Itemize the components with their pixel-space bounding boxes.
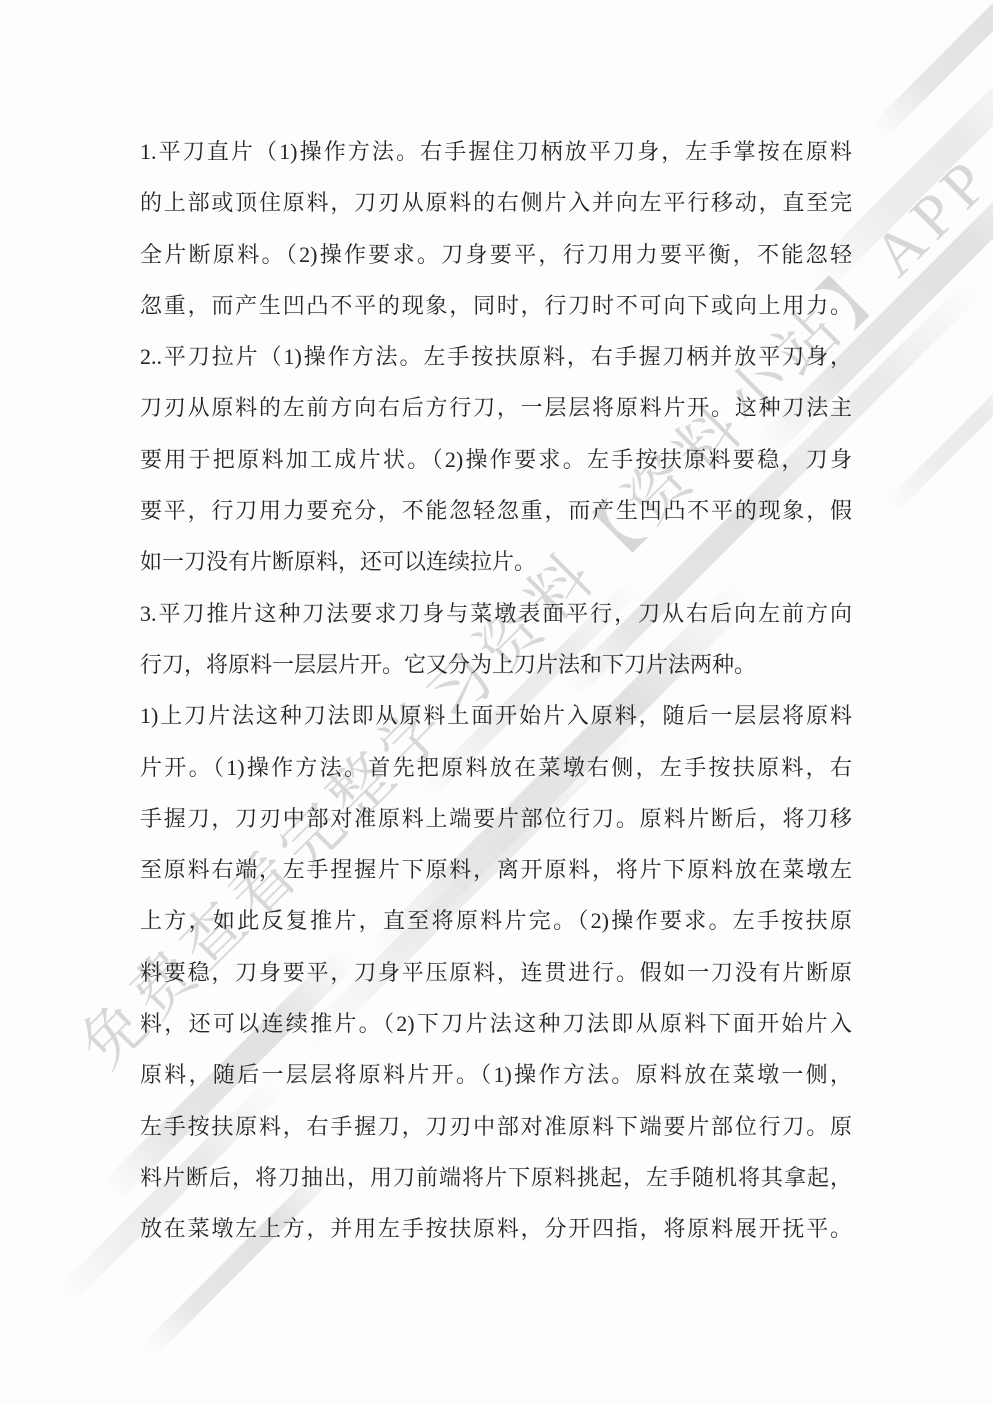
text-line: 料，还可以连续推片。（2)下刀片法这种刀法即从原料下面开始片入 <box>140 998 852 1049</box>
document-text-block: 1.平刀直片（1)操作方法。右手握住刀柄放平刀身，左手掌按在原料的上部或顶住原料… <box>140 126 852 1255</box>
text-line: 料片断后，将刀抽出，用刀前端将片下原料挑起，左手随机将其拿起， <box>140 1152 852 1203</box>
text-line: 的上部或顶住原料，刀刃从原料的右侧片入并向左平行移动，直至完 <box>140 177 852 228</box>
text-line: 左手按扶原料，右手握刀，刀刃中部对准原料下端要片部位行刀。原 <box>140 1101 852 1152</box>
text-line: 要用于把原料加工成片状。（2)操作要求。左手按扶原料要稳，刀身 <box>140 434 852 485</box>
text-line: 1.平刀直片（1)操作方法。右手握住刀柄放平刀身，左手掌按在原料 <box>140 126 852 177</box>
text-line: 如一刀没有片断原料，还可以连续拉片。 <box>140 536 852 587</box>
text-line: 至原料右端，左手捏握片下原料，离开原料，将片下原料放在菜墩左 <box>140 844 852 895</box>
text-line: 放在菜墩左上方，并用左手按扶原料，分开四指，将原料展开抚平。 <box>140 1203 852 1254</box>
text-line: 忽重，而产生凹凸不平的现象，同时，行刀时不可向下或向上用力。 <box>140 280 852 331</box>
text-line: 刀刃从原料的左前方向右后方行刀，一层层将原料片开。这种刀法主 <box>140 382 852 433</box>
brush-stripe <box>871 0 993 139</box>
text-line: 2..平刀拉片（1)操作方法。左手按扶原料，右手握刀柄并放平刀身， <box>140 331 852 382</box>
text-line: 要平，行刀用力要充分，不能忽轻忽重，而产生凹凸不平的现象，假 <box>140 485 852 536</box>
text-line: 片开。（1)操作方法。首先把原料放在菜墩右侧，左手按扶原料，右 <box>140 742 852 793</box>
text-line: 手握刀，刀刃中部对准原料上端要片部位行刀。原料片断后，将刀移 <box>140 793 852 844</box>
brush-stripe <box>884 362 993 515</box>
text-line: 上方，如此反复推片，直至将原料片完。（2)操作要求。左手按扶原 <box>140 895 852 946</box>
text-line: 全片断原料。（2)操作要求。刀身要平，行刀用力要平衡，不能忽轻 <box>140 229 852 280</box>
text-line: 行刀，将原料一层层片开。它又分为上刀片法和下刀片法两种。 <box>140 639 852 690</box>
text-line: 1)上刀片法这种刀法即从原料上面开始片入原料，随后一层层将原料 <box>140 690 852 741</box>
text-line: 原料，随后一层层将原料片开。（1)操作方法。原料放在菜墩一侧， <box>140 1049 852 1100</box>
text-line: 料要稳，刀身要平，刀身平压原料，连贯进行。假如一刀没有片断原 <box>140 947 852 998</box>
text-line: 3.平刀推片这种刀法要求刀身与菜墩表面平行，刀从右后向左前方向 <box>140 588 852 639</box>
document-page: 免费查看完整学习资料【资料小站】APP 1.平刀直片（1)操作方法。右手握住刀柄… <box>0 0 993 1404</box>
